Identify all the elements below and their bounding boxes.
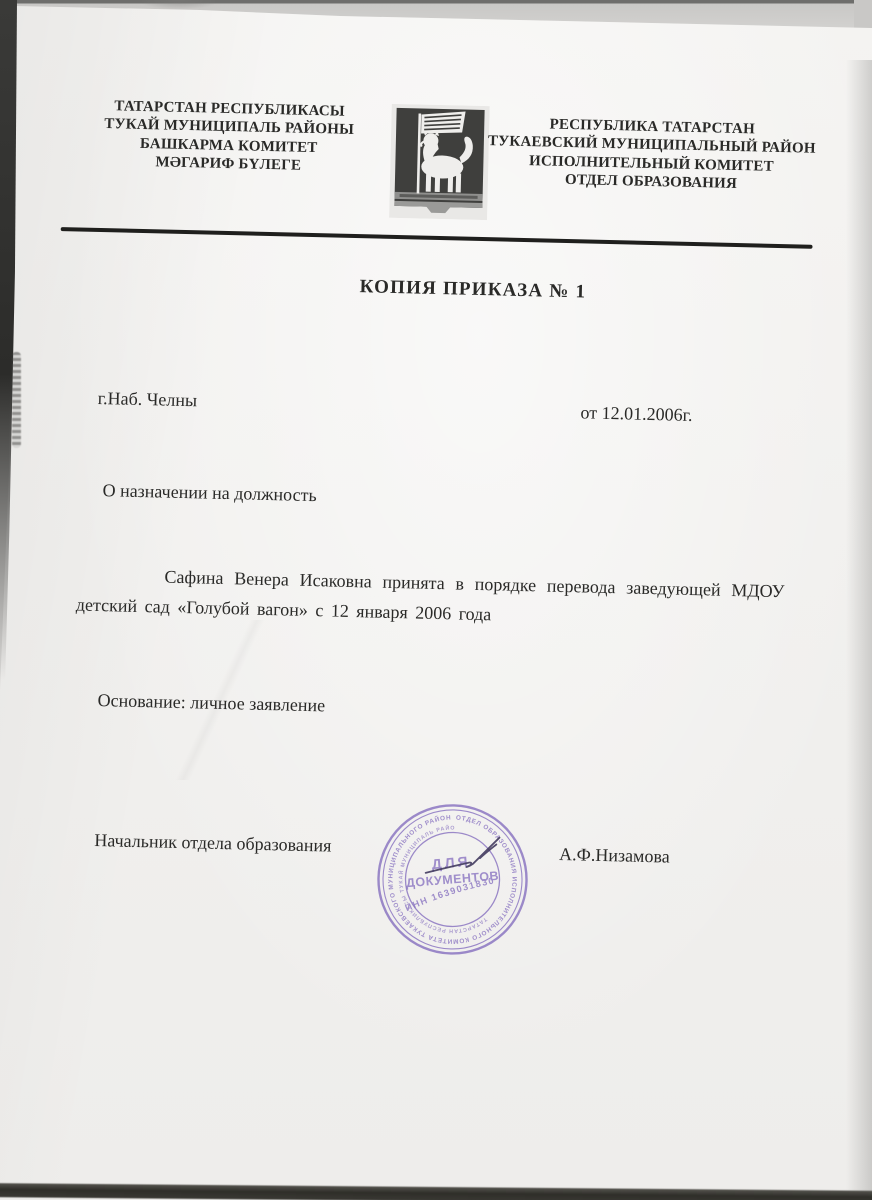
scan-smudge-top xyxy=(140,0,218,9)
letterhead-tatar: ТАТАРСТАН РЕСПУБЛИКАСЫ ТУКАЙ МУНИЦИПАЛЬ … xyxy=(88,97,370,177)
letterhead-divider xyxy=(61,227,813,248)
paper-edge-shadow xyxy=(846,60,872,1200)
document-title: КОПИЯ ПРИКАЗА № 1 xyxy=(95,270,850,310)
place-text: г.Наб. Челны xyxy=(97,388,197,411)
document-content: ТАТАРСТАН РЕСПУБЛИКАСЫ ТУКАЙ МУНИЦИПАЛЬ … xyxy=(36,90,819,1108)
signer-position: Начальник отдела образования xyxy=(94,830,332,857)
basis-line: Основание: личное заявление xyxy=(97,690,325,716)
date-text: от 12.01.2006г. xyxy=(580,402,692,426)
official-stamp: ОТДЕЛ ОБРАЗОВАНИЯ ИСПОЛНИТЕЛЬНОГО КОМИТЕ… xyxy=(370,797,536,963)
scan-smudge xyxy=(12,352,21,448)
signer-name: А.Ф.Низамова xyxy=(559,844,670,868)
coat-of-arms-icon xyxy=(389,104,490,220)
subject-line: О назначении на должность xyxy=(102,480,317,506)
order-body-paragraph: Сафина Венера Исаковна принята в порядке… xyxy=(76,561,785,637)
letterhead-russian: РЕСПУБЛИКА ТАТАРСТАН ТУКАЕВСКИЙ МУНИЦИПА… xyxy=(486,114,818,195)
